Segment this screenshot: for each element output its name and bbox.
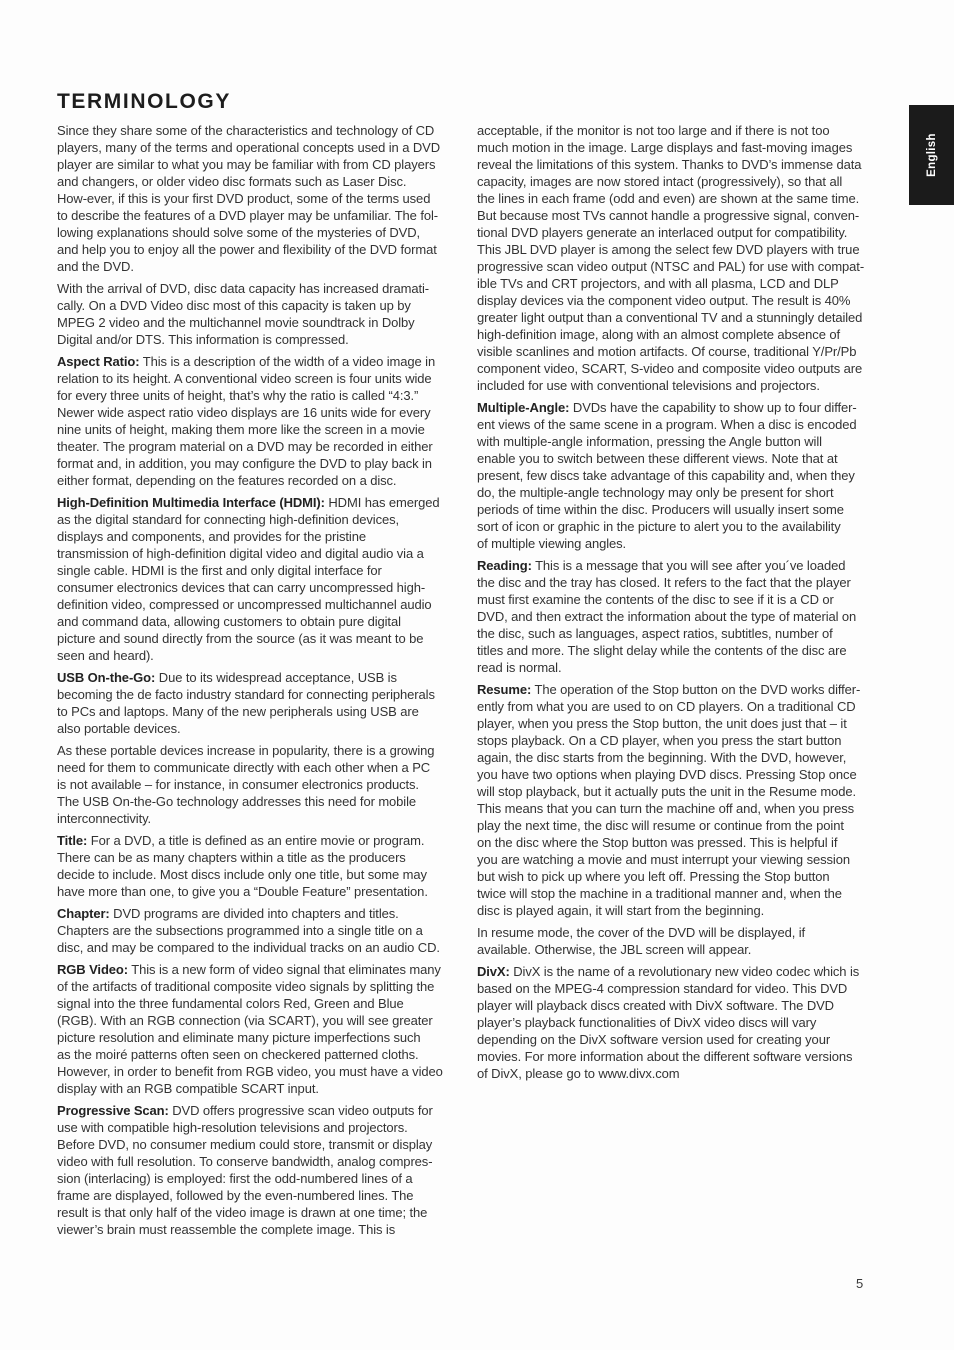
paragraph: Reading: This is a message that you will… — [477, 557, 881, 676]
paragraph: RGB Video: This is a new form of video s… — [57, 961, 461, 1097]
term-label: Aspect Ratio: — [57, 354, 140, 369]
paragraph: In resume mode, the cover of the DVD wil… — [477, 924, 881, 958]
term-label: High-Definition Multimedia Interface (HD… — [57, 495, 325, 510]
term-label: Progressive Scan: — [57, 1103, 169, 1118]
term-label: USB On-the-Go: — [57, 670, 155, 685]
term-label: Chapter: — [57, 906, 110, 921]
paragraph: With the arrival of DVD, disc data capac… — [57, 280, 461, 348]
column-right: acceptable, if the monitor is not too la… — [477, 122, 881, 1087]
paragraph: DivX: DivX is the name of a revolutionar… — [477, 963, 881, 1082]
paragraph: Multiple-Angle: DVDs have the capability… — [477, 399, 881, 552]
term-label: Reading: — [477, 558, 532, 573]
paragraph: As these portable devices increase in po… — [57, 742, 461, 827]
paragraph: Resume: The operation of the Stop button… — [477, 681, 881, 919]
page-title: TERMINOLOGY — [57, 90, 231, 114]
manual-page: TERMINOLOGY Since they share some of the… — [0, 0, 954, 1350]
paragraph: Aspect Ratio: This is a description of t… — [57, 353, 461, 489]
paragraph: acceptable, if the monitor is not too la… — [477, 122, 881, 394]
term-label: Title: — [57, 833, 87, 848]
page-number: 5 — [856, 1276, 863, 1291]
term-label: Resume: — [477, 682, 531, 697]
paragraph: High-Definition Multimedia Interface (HD… — [57, 494, 461, 664]
paragraph: Since they share some of the characteris… — [57, 122, 461, 275]
term-label: RGB Video: — [57, 962, 128, 977]
paragraph: USB On-the-Go: Due to its widespread acc… — [57, 669, 461, 737]
column-left: Since they share some of the characteris… — [57, 122, 461, 1243]
paragraph: Title: For a DVD, a title is defined as … — [57, 832, 461, 900]
term-label: Multiple-Angle: — [477, 400, 569, 415]
language-tab-english: English — [909, 105, 954, 205]
language-tab-label: English — [925, 133, 937, 177]
term-label: DivX: — [477, 964, 510, 979]
paragraph: Chapter: DVD programs are divided into c… — [57, 905, 461, 956]
paragraph: Progressive Scan: DVD offers progressive… — [57, 1102, 461, 1238]
